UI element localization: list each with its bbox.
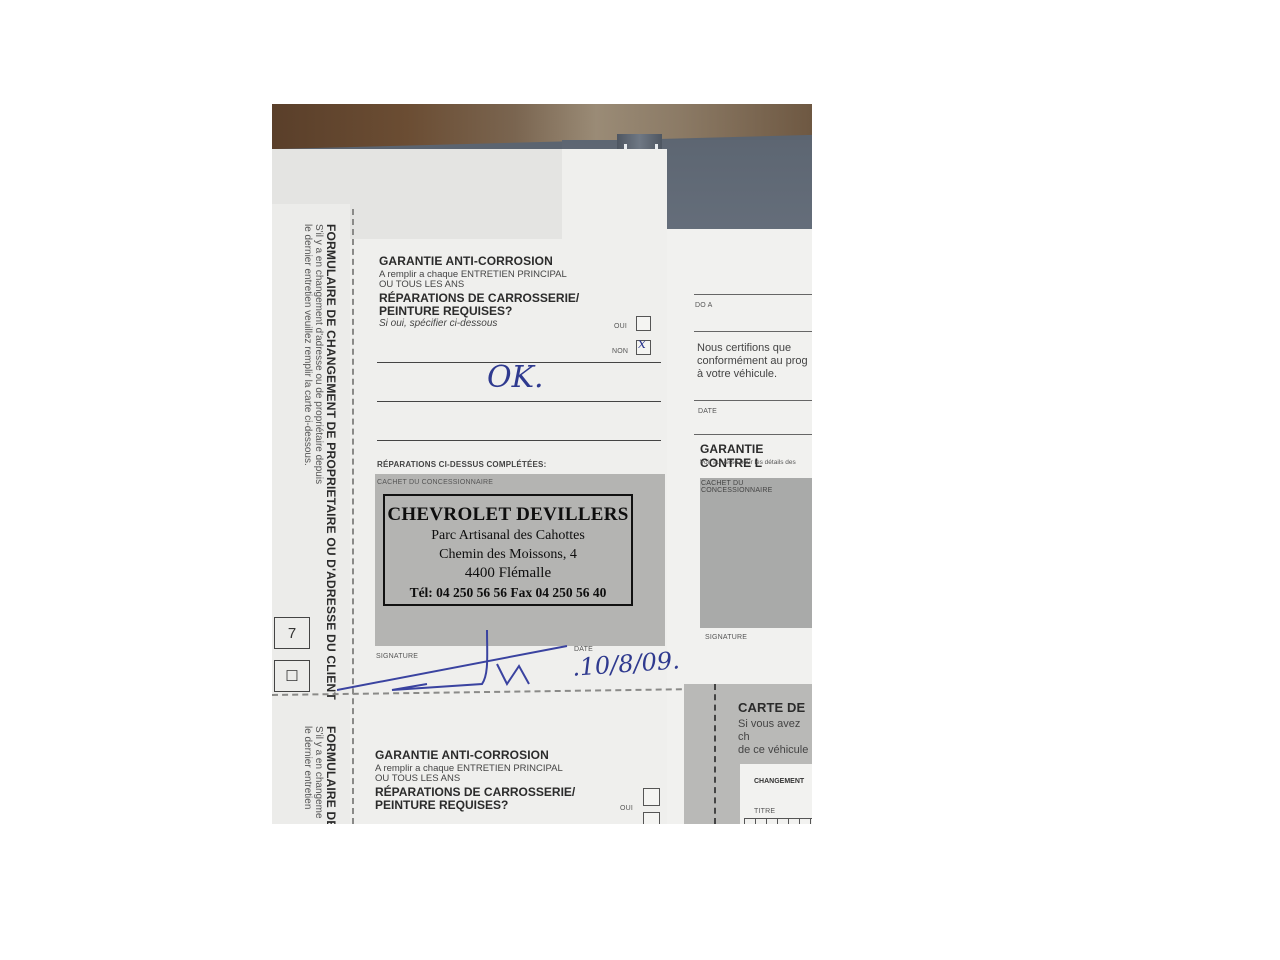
right-date-label: DATE [698, 408, 717, 415]
dealer-stamp: CHEVROLET DEVILLERS Parc Artisanal des C… [383, 494, 633, 606]
dealer-address-1: Parc Artisanal des Cahottes [385, 526, 631, 545]
change-card: CARTE DE Si vous avez ch de ce véhicule … [684, 684, 812, 824]
instruction-line-2: OU TOUS LES ANS [379, 280, 579, 290]
oui-checkbox-bottom[interactable] [643, 788, 660, 806]
handwritten-note: OK. [487, 360, 544, 395]
stub-text-lower: FORMULAIRE DE S'il y a en changeme le de… [302, 726, 338, 824]
booklet-photo: FORMULAIRE DE CHANGEMENT DE PROPRIETAIRE… [272, 104, 812, 824]
oui-label-bottom: OUI [620, 805, 633, 812]
non-label: NON [612, 348, 628, 355]
hint-text: Si oui, spécifier ci-dessous [379, 318, 579, 329]
stub-number-box: 7 [274, 617, 310, 649]
question-line-2: PEINTURE REQUISES? [379, 305, 579, 318]
section-title: GARANTIE ANTI-CORROSION [375, 748, 575, 762]
right-warranty-note: Voir au verso pour les détails des [700, 459, 796, 466]
right-field-label: DO A [695, 302, 713, 309]
stub-line-1-lower: S'il y a en changeme [313, 726, 324, 824]
dealer-stamp-area: CACHET DU CONCESSIONNAIRE CHEVROLET DEVI… [375, 474, 665, 646]
right-stamp-label: CACHET DU CONCESSIONNAIRE [701, 480, 812, 494]
non-check-mark: x [638, 336, 646, 352]
write-line [694, 400, 812, 401]
perforation-vertical [352, 209, 354, 824]
card-change-label: CHANGEMENT [754, 778, 804, 785]
write-line [694, 331, 812, 332]
certification-line-1: Nous certifions que [697, 342, 808, 355]
stub-line-2-lower: le dernier entretien [302, 726, 313, 824]
oui-label: OUI [614, 323, 627, 330]
certification-text: Nous certifions que conformément au prog… [697, 342, 808, 381]
write-line [377, 440, 661, 441]
anti-corrosion-section-bottom: GARANTIE ANTI-CORROSION A remplir a chaq… [375, 748, 575, 812]
stamp-area-label: CACHET DU CONCESSIONNAIRE [377, 479, 493, 486]
card-instructions: Si vous avez ch de ce véhicule [738, 718, 812, 757]
dealer-address-2: Chemin des Moissons, 4 [385, 545, 631, 564]
non-checkbox[interactable]: x [636, 340, 651, 355]
card-perforation [714, 684, 716, 824]
stub-title: FORMULAIRE DE CHANGEMENT DE PROPRIETAIRE… [324, 224, 338, 700]
stub-title-lower: FORMULAIRE DE [324, 726, 338, 824]
oui-checkbox[interactable] [636, 316, 651, 331]
dealer-phone-fax: Tél: 04 250 56 56 Fax 04 250 56 40 [385, 585, 631, 601]
certification-line-2: conformément au prog [697, 355, 808, 368]
anti-corrosion-section-top: GARANTIE ANTI-CORROSION A remplir a chaq… [379, 254, 579, 329]
write-line [694, 434, 812, 435]
card-form: CHANGEMENT TITRE [740, 764, 812, 824]
question-line-2: PEINTURE REQUISES? [375, 799, 575, 812]
repairs-completed-label: RÉPARATIONS CI-DESSUS COMPLÉTÉES: [377, 460, 546, 469]
stub-checkbox[interactable]: ☐ [274, 660, 310, 692]
card-title-input[interactable] [744, 818, 812, 824]
section-title: GARANTIE ANTI-CORROSION [379, 254, 579, 268]
stub-line-1: S'il y a en changement d'adresse ou de p… [313, 224, 324, 700]
dealer-name: CHEVROLET DEVILLERS [385, 504, 631, 526]
right-stamp-area: CACHET DU CONCESSIONNAIRE [700, 478, 812, 628]
non-checkbox-bottom[interactable] [643, 812, 660, 824]
write-line [377, 401, 661, 402]
card-title-label: TITRE [754, 808, 775, 815]
signature-scribble [337, 624, 577, 694]
card-line-1: Si vous avez ch [738, 718, 812, 744]
card-title: CARTE DE [738, 700, 805, 715]
instruction-line-2: OU TOUS LES ANS [375, 774, 575, 784]
right-signature-label: SIGNATURE [705, 634, 747, 641]
write-line [694, 294, 812, 295]
card-line-2: de ce véhicule [738, 744, 812, 757]
dealer-city: 4400 Flémalle [385, 564, 631, 583]
certification-line-3: à votre véhicule. [697, 368, 808, 381]
